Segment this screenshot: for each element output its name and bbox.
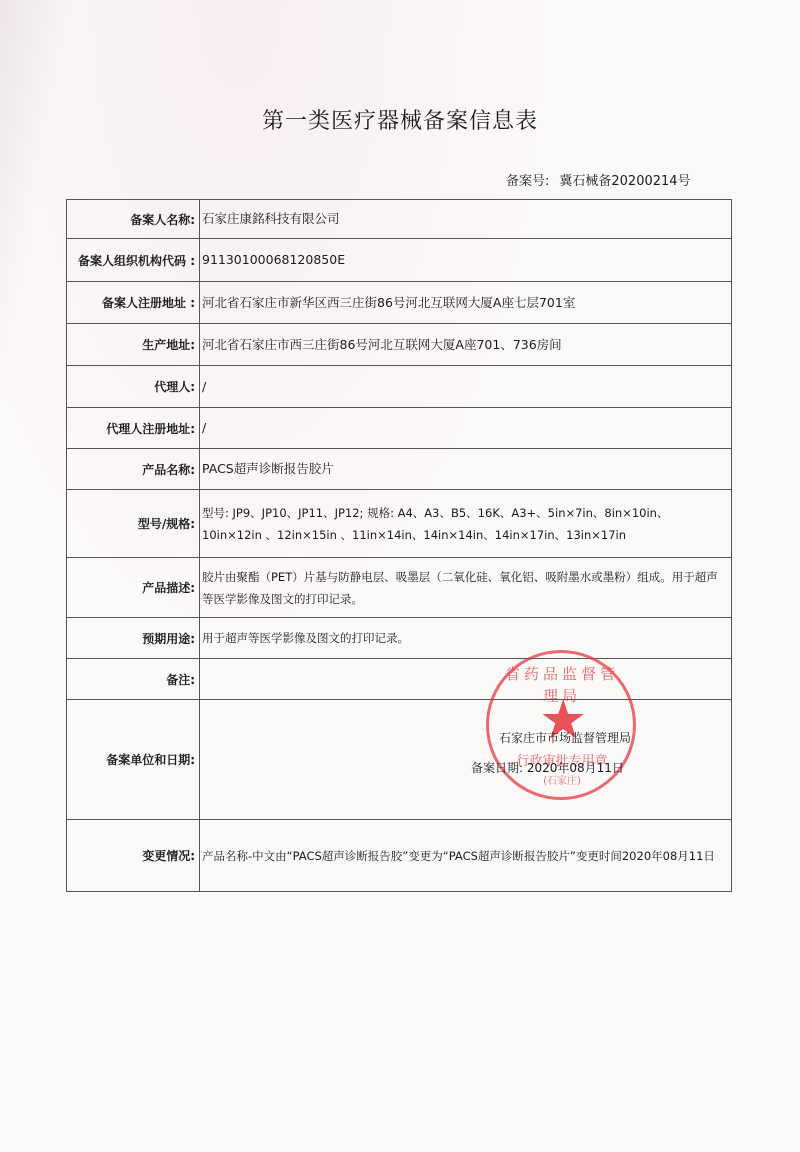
field-label: 产品描述:	[67, 558, 200, 618]
table-row: 备案人注册地址 : 河北省石家庄市新华区西三庄街86号河北互联网大厦A座七层70…	[67, 282, 732, 324]
table-row: 产品名称: PACS超声诊断报告胶片	[67, 449, 732, 490]
field-label: 备案人名称:	[67, 200, 200, 239]
field-label: 备案单位和日期:	[67, 700, 200, 820]
field-value: PACS超声诊断报告胶片	[200, 449, 732, 490]
table-row: 型号/规格: 型号: JP9、JP10、JP11、JP12; 规格: A4、A3…	[67, 490, 732, 558]
table-row: 代理人注册地址: /	[67, 408, 732, 449]
record-number: 备案号:冀石械备20200214号	[506, 170, 691, 189]
filing-info-table: 备案人名称: 石家庄康銘科技有限公司 备案人组织机构代码 : 911301000…	[66, 199, 732, 892]
field-label: 备案人注册地址 :	[67, 282, 200, 324]
field-value: /	[200, 408, 732, 449]
filing-date: 备案日期: 2020年08月11日	[471, 757, 624, 779]
field-value: 石家庄康銘科技有限公司	[200, 200, 732, 239]
field-label: 代理人注册地址:	[67, 408, 200, 449]
table-row: 生产地址: 河北省石家庄市西三庄街86号河北互联网大厦A座701、736房间	[67, 324, 732, 366]
field-label: 产品名称:	[67, 449, 200, 490]
field-label: 代理人:	[67, 366, 200, 408]
field-label: 生产地址:	[67, 324, 200, 366]
field-value: 91130100068120850E	[200, 239, 732, 282]
field-value: 产品名称-中文由“PACS超声诊断报告胶”变更为“PACS超声诊断报告胶片”变更…	[200, 820, 732, 892]
table-row: 变更情况: 产品名称-中文由“PACS超声诊断报告胶”变更为“PACS超声诊断报…	[67, 820, 732, 892]
record-number-label: 备案号:	[506, 174, 549, 189]
filing-agency: 石家庄市市场监督管理局	[499, 727, 631, 749]
table-row: 备案人名称: 石家庄康銘科技有限公司	[67, 200, 732, 239]
field-value: 省药品监督管理局 ★ 行政审批专用章 (石家庄) 石家庄市市场监督管理局 备案日…	[200, 700, 732, 820]
record-number-value: 冀石械备20200214号	[559, 174, 690, 189]
filing-unit-block: 省药品监督管理局 ★ 行政审批专用章 (石家庄) 石家庄市市场监督管理局 备案日…	[200, 700, 731, 819]
field-value	[200, 659, 732, 700]
field-label: 预期用途:	[67, 618, 200, 659]
field-label: 变更情况:	[67, 820, 200, 892]
table-row: 备注:	[67, 659, 732, 700]
field-value: 用于超声等医学影像及图文的打印记录。	[200, 618, 732, 659]
field-value: 胶片由聚酯（PET）片基与防静电层、吸墨层（二氧化硅、氧化铝、吸附墨水或墨粉）组…	[200, 558, 732, 618]
field-value: 河北省石家庄市西三庄街86号河北互联网大厦A座701、736房间	[200, 324, 732, 366]
table-row: 代理人: /	[67, 366, 732, 408]
field-label: 备注:	[67, 659, 200, 700]
table-row: 产品描述: 胶片由聚酯（PET）片基与防静电层、吸墨层（二氧化硅、氧化铝、吸附墨…	[67, 558, 732, 618]
document-title: 第一类医疗器械备案信息表	[0, 104, 800, 135]
table-row: 备案单位和日期: 省药品监督管理局 ★ 行政审批专用章 (石家庄) 石家庄市市场…	[67, 700, 732, 820]
field-label: 备案人组织机构代码 :	[67, 239, 200, 282]
table-row: 备案人组织机构代码 : 91130100068120850E	[67, 239, 732, 282]
field-value: 型号: JP9、JP10、JP11、JP12; 规格: A4、A3、B5、16K…	[200, 490, 732, 558]
field-value: 河北省石家庄市新华区西三庄街86号河北互联网大厦A座七层701室	[200, 282, 732, 324]
field-value: /	[200, 366, 732, 408]
table-row: 预期用途: 用于超声等医学影像及图文的打印记录。	[67, 618, 732, 659]
field-label: 型号/规格:	[67, 490, 200, 558]
